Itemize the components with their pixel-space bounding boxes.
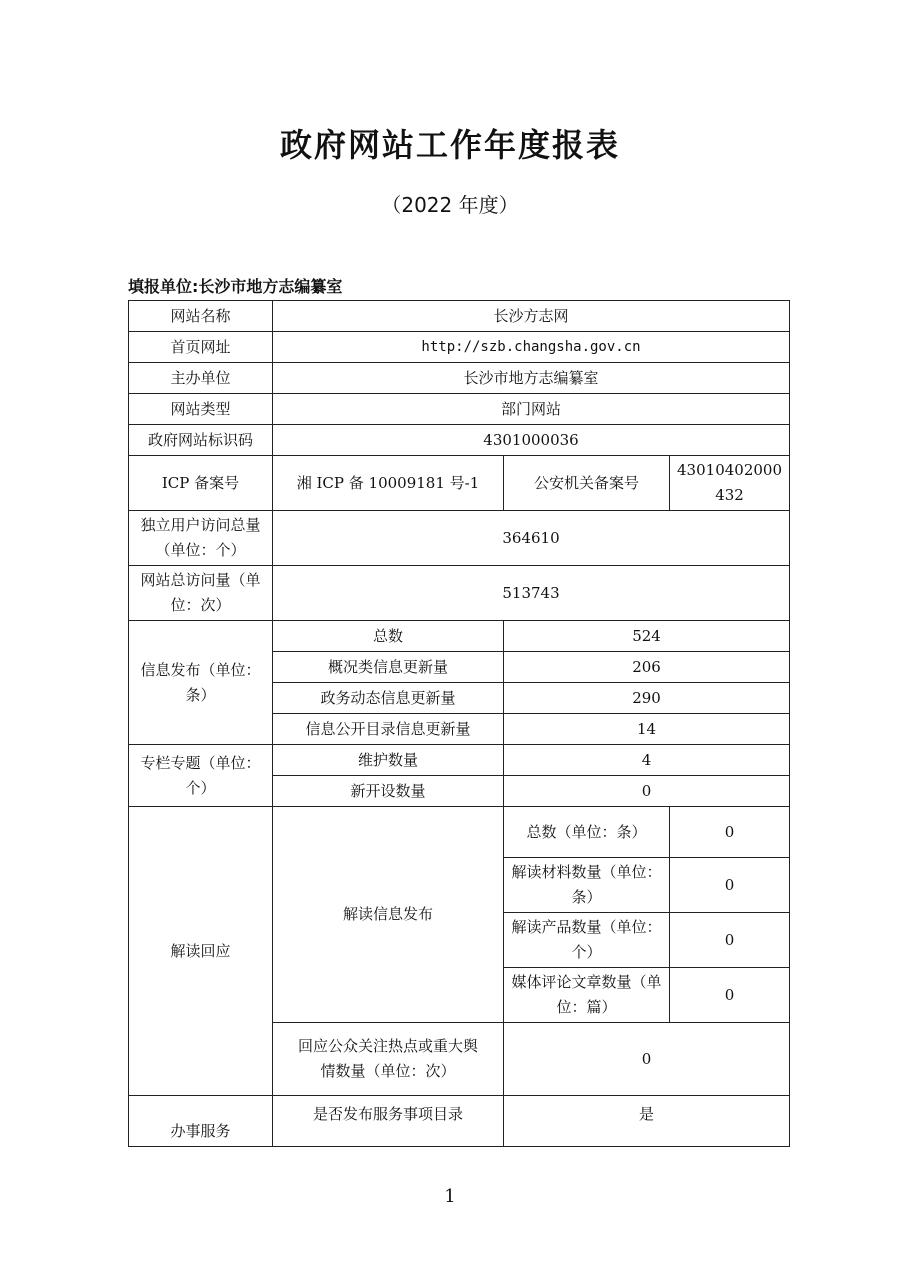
table-row: 办事服务 是否发布服务事项目录 是 xyxy=(129,1096,790,1147)
unique-visitors-value: 364610 xyxy=(273,511,790,566)
site-type-label: 网站类型 xyxy=(129,394,273,425)
police-record-value: 43010402000432 xyxy=(670,456,790,511)
services-item-value: 是 xyxy=(504,1096,790,1147)
table-row: ICP 备案号 湘 ICP 备 10009181 号-1 公安机关备案号 430… xyxy=(129,456,790,511)
unique-visitors-label: 独立用户访问总量（单位：个） xyxy=(129,511,273,566)
services-label: 办事服务 xyxy=(129,1096,273,1147)
table-row: 信息发布（单位：条） 总数 524 xyxy=(129,621,790,652)
table-row: 独立用户访问总量（单位：个） 364610 xyxy=(129,511,790,566)
total-visits-label: 网站总访问量（单位：次） xyxy=(129,566,273,621)
report-table: 网站名称 长沙方志网 首页网址 http://szb.changsha.gov.… xyxy=(128,300,790,1147)
public-response-value: 0 xyxy=(504,1023,790,1096)
icp-label: ICP 备案号 xyxy=(129,456,273,511)
interpretation-item-value: 0 xyxy=(670,858,790,913)
table-row: 主办单位 长沙市地方志编纂室 xyxy=(129,363,790,394)
interpretation-release-label: 解读信息发布 xyxy=(273,807,504,1023)
columns-item-label: 新开设数量 xyxy=(273,776,504,807)
table-row: 网站类型 部门网站 xyxy=(129,394,790,425)
info-release-item-value: 524 xyxy=(504,621,790,652)
public-response-label: 回应公众关注热点或重大舆情数量（单位：次） xyxy=(273,1023,504,1096)
table-row: 网站名称 长沙方志网 xyxy=(129,301,790,332)
services-item-label: 是否发布服务事项目录 xyxy=(273,1096,504,1147)
columns-label: 专栏专题（单位：个） xyxy=(129,745,273,807)
interpretation-item-label: 解读产品数量（单位：个） xyxy=(504,913,670,968)
table-row: 解读回应 解读信息发布 总数（单位：条） 0 xyxy=(129,807,790,858)
site-name-label: 网站名称 xyxy=(129,301,273,332)
page-title: 政府网站工作年度报表 xyxy=(0,120,900,166)
table-row: 网站总访问量（单位：次） 513743 xyxy=(129,566,790,621)
info-release-item-label: 政务动态信息更新量 xyxy=(273,683,504,714)
homepage-url-label: 首页网址 xyxy=(129,332,273,363)
sponsor-value: 长沙市地方志编纂室 xyxy=(273,363,790,394)
report-year: （2022 年度） xyxy=(0,189,900,218)
interpretation-item-value: 0 xyxy=(670,807,790,858)
interpretation-item-label: 解读材料数量（单位：条） xyxy=(504,858,670,913)
interpretation-item-label: 总数（单位：条） xyxy=(504,807,670,858)
info-release-item-label: 概况类信息更新量 xyxy=(273,652,504,683)
interpretation-item-value: 0 xyxy=(670,968,790,1023)
info-release-label: 信息发布（单位：条） xyxy=(129,621,273,745)
table-row: 专栏专题（单位：个） 维护数量 4 xyxy=(129,745,790,776)
interpretation-item-value: 0 xyxy=(670,913,790,968)
info-release-item-value: 14 xyxy=(504,714,790,745)
police-record-label: 公安机关备案号 xyxy=(504,456,670,511)
icp-value: 湘 ICP 备 10009181 号-1 xyxy=(273,456,504,511)
columns-item-value: 4 xyxy=(504,745,790,776)
gov-site-code-label: 政府网站标识码 xyxy=(129,425,273,456)
columns-item-label: 维护数量 xyxy=(273,745,504,776)
info-release-item-value: 290 xyxy=(504,683,790,714)
total-visits-value: 513743 xyxy=(273,566,790,621)
info-release-item-label: 信息公开目录信息更新量 xyxy=(273,714,504,745)
site-name-value: 长沙方志网 xyxy=(273,301,790,332)
homepage-url-value: http://szb.changsha.gov.cn xyxy=(273,332,790,363)
page-number: 1 xyxy=(0,1186,900,1207)
sponsor-label: 主办单位 xyxy=(129,363,273,394)
interpretation-item-label: 媒体评论文章数量（单位：篇） xyxy=(504,968,670,1023)
gov-site-code-value: 4301000036 xyxy=(273,425,790,456)
columns-item-value: 0 xyxy=(504,776,790,807)
table-row: 首页网址 http://szb.changsha.gov.cn xyxy=(129,332,790,363)
filler-unit: 填报单位:长沙市地方志编纂室 xyxy=(128,274,342,297)
interpretation-label: 解读回应 xyxy=(129,807,273,1096)
table-row: 政府网站标识码 4301000036 xyxy=(129,425,790,456)
info-release-item-value: 206 xyxy=(504,652,790,683)
site-type-value: 部门网站 xyxy=(273,394,790,425)
info-release-item-label: 总数 xyxy=(273,621,504,652)
